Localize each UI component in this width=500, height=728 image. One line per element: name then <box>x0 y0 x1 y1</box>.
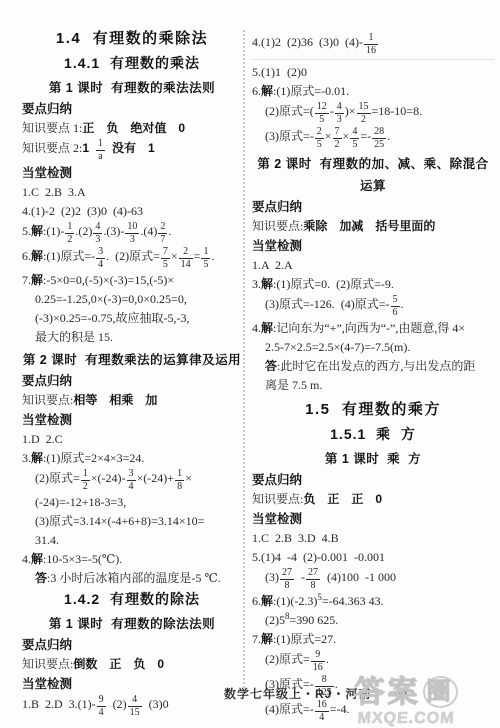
answer-line: 5.解:(1)-12.(2)43.(3)-103.(4)27. <box>22 221 242 246</box>
fraction-numerator: 2 <box>315 126 324 139</box>
bold-run: 解 <box>31 273 43 287</box>
bold-run: 乘除 加减 括号里面的 <box>303 219 435 233</box>
bold-run: 没有 1 <box>112 141 155 155</box>
answer-line: 6.解:(1)原式=-34. (2)原式=75×214=15. <box>22 246 242 271</box>
section-label: 要点归纳 <box>22 99 242 119</box>
superscript-exponent: 5 <box>317 592 322 602</box>
answer-line: (3)原式=3.14×(-4+6+8)=3.14×10= <box>22 512 242 531</box>
fraction: 15 <box>201 246 210 271</box>
answer-line: 知识要点:倒数 正 负 0 <box>22 655 242 674</box>
fraction-denominator: 5 <box>350 139 359 151</box>
lesson-title: 第 2 课时 有理数的加、减、乘、除混合运算 <box>252 153 494 197</box>
section-label: 要点归纳 <box>22 635 242 655</box>
fraction: 2825 <box>372 126 386 151</box>
footer-edition-text: 数学七年级上・RJ・河南 <box>224 687 371 701</box>
fraction-denominator: 8 <box>175 481 184 493</box>
answer-line: 1.A 2.A <box>252 256 494 275</box>
fraction: 125 <box>315 101 329 126</box>
fraction-numerator: 5 <box>391 294 400 307</box>
fraction-numerator: 12 <box>315 101 329 114</box>
fraction: 116 <box>364 32 378 57</box>
lesson-title: 第 2 课时 有理数乘法的运算律及运用 <box>22 349 242 371</box>
answer-line: 4.解:记向东为“+”,向西为“-”,由题意,得 4× <box>252 319 494 338</box>
fraction: 1a <box>96 138 105 163</box>
answer-line: 1.B 2.D 3.(1)-94 (2)415 (3)0 <box>22 694 242 719</box>
fraction-denominator: 2 <box>65 234 74 246</box>
fraction: 916 <box>311 649 325 674</box>
page-number: 41 <box>395 689 409 701</box>
fraction-numerator: 7 <box>161 246 170 259</box>
fraction-numerator: 1 <box>65 221 74 234</box>
fraction-numerator: 3 <box>127 468 136 481</box>
subsection-title: 1.4.2 有理数的除法 <box>22 588 242 611</box>
fraction-numerator: 4 <box>335 101 344 114</box>
answer-line: (3)原式=-126. (4)原式=-56. <box>252 294 494 319</box>
right-column: 4.(1)2 (2)36 (3)0 (4)-1165.(1)1 (2)06.解:… <box>252 32 494 724</box>
answer-line: 6.解:(1)原式=-0.01. <box>252 82 494 101</box>
bold-run: 解 <box>261 277 273 291</box>
bold-run: 解 <box>261 84 273 98</box>
section-label: 当堂检测 <box>252 236 494 256</box>
lesson-title: 第 1 课时 有理数的除法法则 <box>22 613 242 635</box>
fraction: 152 <box>357 101 371 126</box>
section-label: 要点归纳 <box>252 197 494 217</box>
fraction: 27 <box>158 221 167 246</box>
answer-line: 离是 7.5 m. <box>252 376 494 395</box>
fraction-denominator: 5 <box>315 139 324 151</box>
fraction-denominator: 3 <box>125 234 139 246</box>
fraction-denominator: 14 <box>179 259 193 271</box>
fraction: 18 <box>175 468 184 493</box>
subsection-title: 1.5.1 乘 方 <box>252 423 494 446</box>
fraction-numerator: 1 <box>81 468 90 481</box>
answer-line: 4.解:10-5×3=-5(℃). <box>22 550 242 569</box>
fraction-numerator: 4 <box>350 126 359 139</box>
fraction-numerator: 9 <box>97 694 106 707</box>
fraction-numerator: 4 <box>93 221 102 234</box>
fraction-denominator: 3 <box>335 114 344 126</box>
answer-line: (2)原式=(125-43)×152=18-10=8. <box>252 101 494 126</box>
answer-line: 6.解:(1)(-2.3)5=-64.363 43. <box>252 592 494 611</box>
fraction: 43 <box>335 101 344 126</box>
fraction-numerator: 27 <box>280 567 294 580</box>
bold-run: 解 <box>31 552 43 566</box>
fraction-denominator: 5 <box>201 259 210 271</box>
fraction: 75 <box>161 246 170 271</box>
fraction-numerator: 4 <box>128 694 142 707</box>
answer-line: 1.C 2.B 3.D 4.B <box>252 529 494 548</box>
fraction-denominator: 25 <box>372 139 386 151</box>
answer-line: (-3)×0.25=-0.75,故应抽取-5,-3, <box>22 309 242 328</box>
answer-line: 1.D 2.C <box>22 430 242 449</box>
answer-line: 知识要点:乘除 加减 括号里面的 <box>252 217 494 236</box>
answer-line: 3.解:(1)原式=2×4×3=24. <box>22 449 242 468</box>
section-title: 1.5 有理数的乘方 <box>252 397 494 423</box>
fraction: 45 <box>350 126 359 151</box>
fraction-denominator: 16 <box>364 45 378 57</box>
fraction: 56 <box>391 294 400 319</box>
fraction-denominator: 16 <box>311 662 325 674</box>
fraction-numerator: 3 <box>96 246 105 259</box>
page-footer: 数学七年级上・RJ・河南41 <box>224 685 410 716</box>
fraction: 94 <box>97 694 106 719</box>
answer-line: 7.解:(1)原式=27. <box>252 630 494 649</box>
fraction: 34 <box>96 246 105 271</box>
fraction-numerator: 9 <box>311 649 325 662</box>
fraction: 72 <box>333 126 342 151</box>
answer-line: 3.解:(1)原式=0. (2)原式=-9. <box>252 275 494 294</box>
fraction-denominator: 4 <box>127 481 136 493</box>
answer-line: (-24)=-12+18-3=3, <box>22 493 242 512</box>
rule-line <box>252 59 494 60</box>
fraction-denominator: 8 <box>280 580 294 592</box>
bold-run: 相等 相乘 加 <box>73 393 157 407</box>
bold-run: 解 <box>261 632 273 646</box>
workbook-answer-page: 1.4 有理数的乘除法1.4.1 有理数的乘法第 1 课时 有理数的乘法法则要点… <box>0 0 500 728</box>
fraction-numerator: 1 <box>364 32 378 45</box>
fraction-numerator: 27 <box>306 567 320 580</box>
fraction-denominator: 4 <box>97 707 106 719</box>
answer-line: 最大的积是 15. <box>22 328 242 347</box>
bold-run: 1 <box>82 141 89 155</box>
fraction-numerator: 2 <box>179 246 193 259</box>
answer-line: 5.(1)4 -4 (2)-0.001 -0.001 <box>252 548 494 567</box>
fraction: 278 <box>280 567 294 592</box>
bold-run: 答 <box>35 571 47 585</box>
fraction-numerator: 7 <box>333 126 342 139</box>
fraction: 12 <box>81 468 90 493</box>
fraction-denominator: 4 <box>96 259 105 271</box>
fraction-denominator: 2 <box>81 481 90 493</box>
section-label: 当堂检测 <box>22 410 242 430</box>
answer-line: 5.(1)1 (2)0 <box>252 63 494 82</box>
fraction-denominator: 7 <box>158 234 167 246</box>
fraction-denominator: 3 <box>93 234 102 246</box>
answer-line: 知识要点 1:正 负 绝对值 0 <box>22 119 242 138</box>
bold-run: 负 正 正 0 <box>303 492 382 506</box>
fraction: 25 <box>315 126 324 151</box>
bold-run: 解 <box>261 594 273 608</box>
bold-run: 正 负 绝对值 0 <box>82 121 185 135</box>
fraction: 278 <box>306 567 320 592</box>
fraction-denominator: 2 <box>333 139 342 151</box>
fraction: 415 <box>128 694 142 719</box>
bold-run: 答 <box>265 359 277 373</box>
fraction: 43 <box>93 221 102 246</box>
bold-run: 倒数 正 负 0 <box>73 657 164 671</box>
section-label: 当堂检测 <box>22 674 242 694</box>
column-divider <box>243 30 245 692</box>
bold-run: 解 <box>31 249 43 263</box>
answer-line: 0.25=-1.25,0×(-3)=0,0×0.25=0, <box>22 290 242 309</box>
answer-line: (3)原式=-25×72×45=-2825. <box>252 126 494 151</box>
section-title: 1.4 有理数的乘除法 <box>22 26 242 52</box>
fraction-numerator: 1 <box>96 138 105 151</box>
answer-line: 答:此时它在出发点的西方,与出发点的距 <box>252 357 494 376</box>
answer-line: 7.解:-5×0=0,(-5)×(-3)=15,(-5)× <box>22 271 242 290</box>
section-label: 当堂检测 <box>22 163 242 183</box>
answer-line: 31.4. <box>22 531 242 550</box>
bold-run: 解 <box>31 224 43 238</box>
answer-line: (2)58=390 625. <box>252 611 494 630</box>
fraction-denominator: 15 <box>128 707 142 719</box>
lesson-title: 第 1 课时 有理数的乘法法则 <box>22 77 242 99</box>
section-label: 当堂检测 <box>252 509 494 529</box>
fraction-numerator: 28 <box>372 126 386 139</box>
fraction-denominator: 5 <box>315 114 329 126</box>
answer-line: (3)278 -278 (4)100 -1 000 <box>252 567 494 592</box>
fraction-numerator: 1 <box>175 468 184 481</box>
answer-line: 2.5-7×2.5=2.5×(4-7)=-7.5(m). <box>252 338 494 357</box>
fraction-denominator: 5 <box>161 259 170 271</box>
answer-line: 1.C 2.B 3.A <box>22 183 242 202</box>
fraction-numerator: 2 <box>158 221 167 234</box>
lesson-title: 第 1 课时 乘 方 <box>252 448 494 470</box>
fraction-numerator: 10 <box>125 221 139 234</box>
fraction: 214 <box>179 246 193 271</box>
answer-line: 4.(1)2 (2)36 (3)0 (4)-116 <box>252 32 494 57</box>
section-label: 要点归纳 <box>252 470 494 490</box>
fraction: 103 <box>125 221 139 246</box>
superscript-exponent: 8 <box>285 611 290 621</box>
fraction-numerator: 15 <box>357 101 371 114</box>
answer-line: (2)原式=916. <box>252 649 494 674</box>
fraction: 12 <box>65 221 74 246</box>
left-column: 1.4 有理数的乘除法1.4.1 有理数的乘法第 1 课时 有理数的乘法法则要点… <box>22 24 242 719</box>
bold-run: 解 <box>31 451 43 465</box>
bold-run: 解 <box>261 321 273 335</box>
answer-line: 知识要点:相等 相乘 加 <box>22 391 242 410</box>
fraction: 34 <box>127 468 136 493</box>
fraction-numerator: 1 <box>201 246 210 259</box>
answer-line: 知识要点 2:1 1a 没有 1 <box>22 138 242 163</box>
fraction-denominator: 2 <box>357 114 371 126</box>
answer-line: 答:3 小时后冰箱内部的温度是-5 ℃. <box>22 569 242 588</box>
fraction-denominator: a <box>96 151 105 163</box>
answer-line: 知识要点:负 正 正 0 <box>252 490 494 509</box>
section-label: 要点归纳 <box>22 371 242 391</box>
answer-line: 4.(1)-2 (2)2 (3)0 (4)-63 <box>22 202 242 221</box>
fraction-denominator: 8 <box>306 580 320 592</box>
subsection-title: 1.4.1 有理数的乘法 <box>22 52 242 75</box>
fraction-denominator: 6 <box>391 307 400 319</box>
answer-line: (2)原式=12×(-24)-34×(-24)+18× <box>22 468 242 493</box>
